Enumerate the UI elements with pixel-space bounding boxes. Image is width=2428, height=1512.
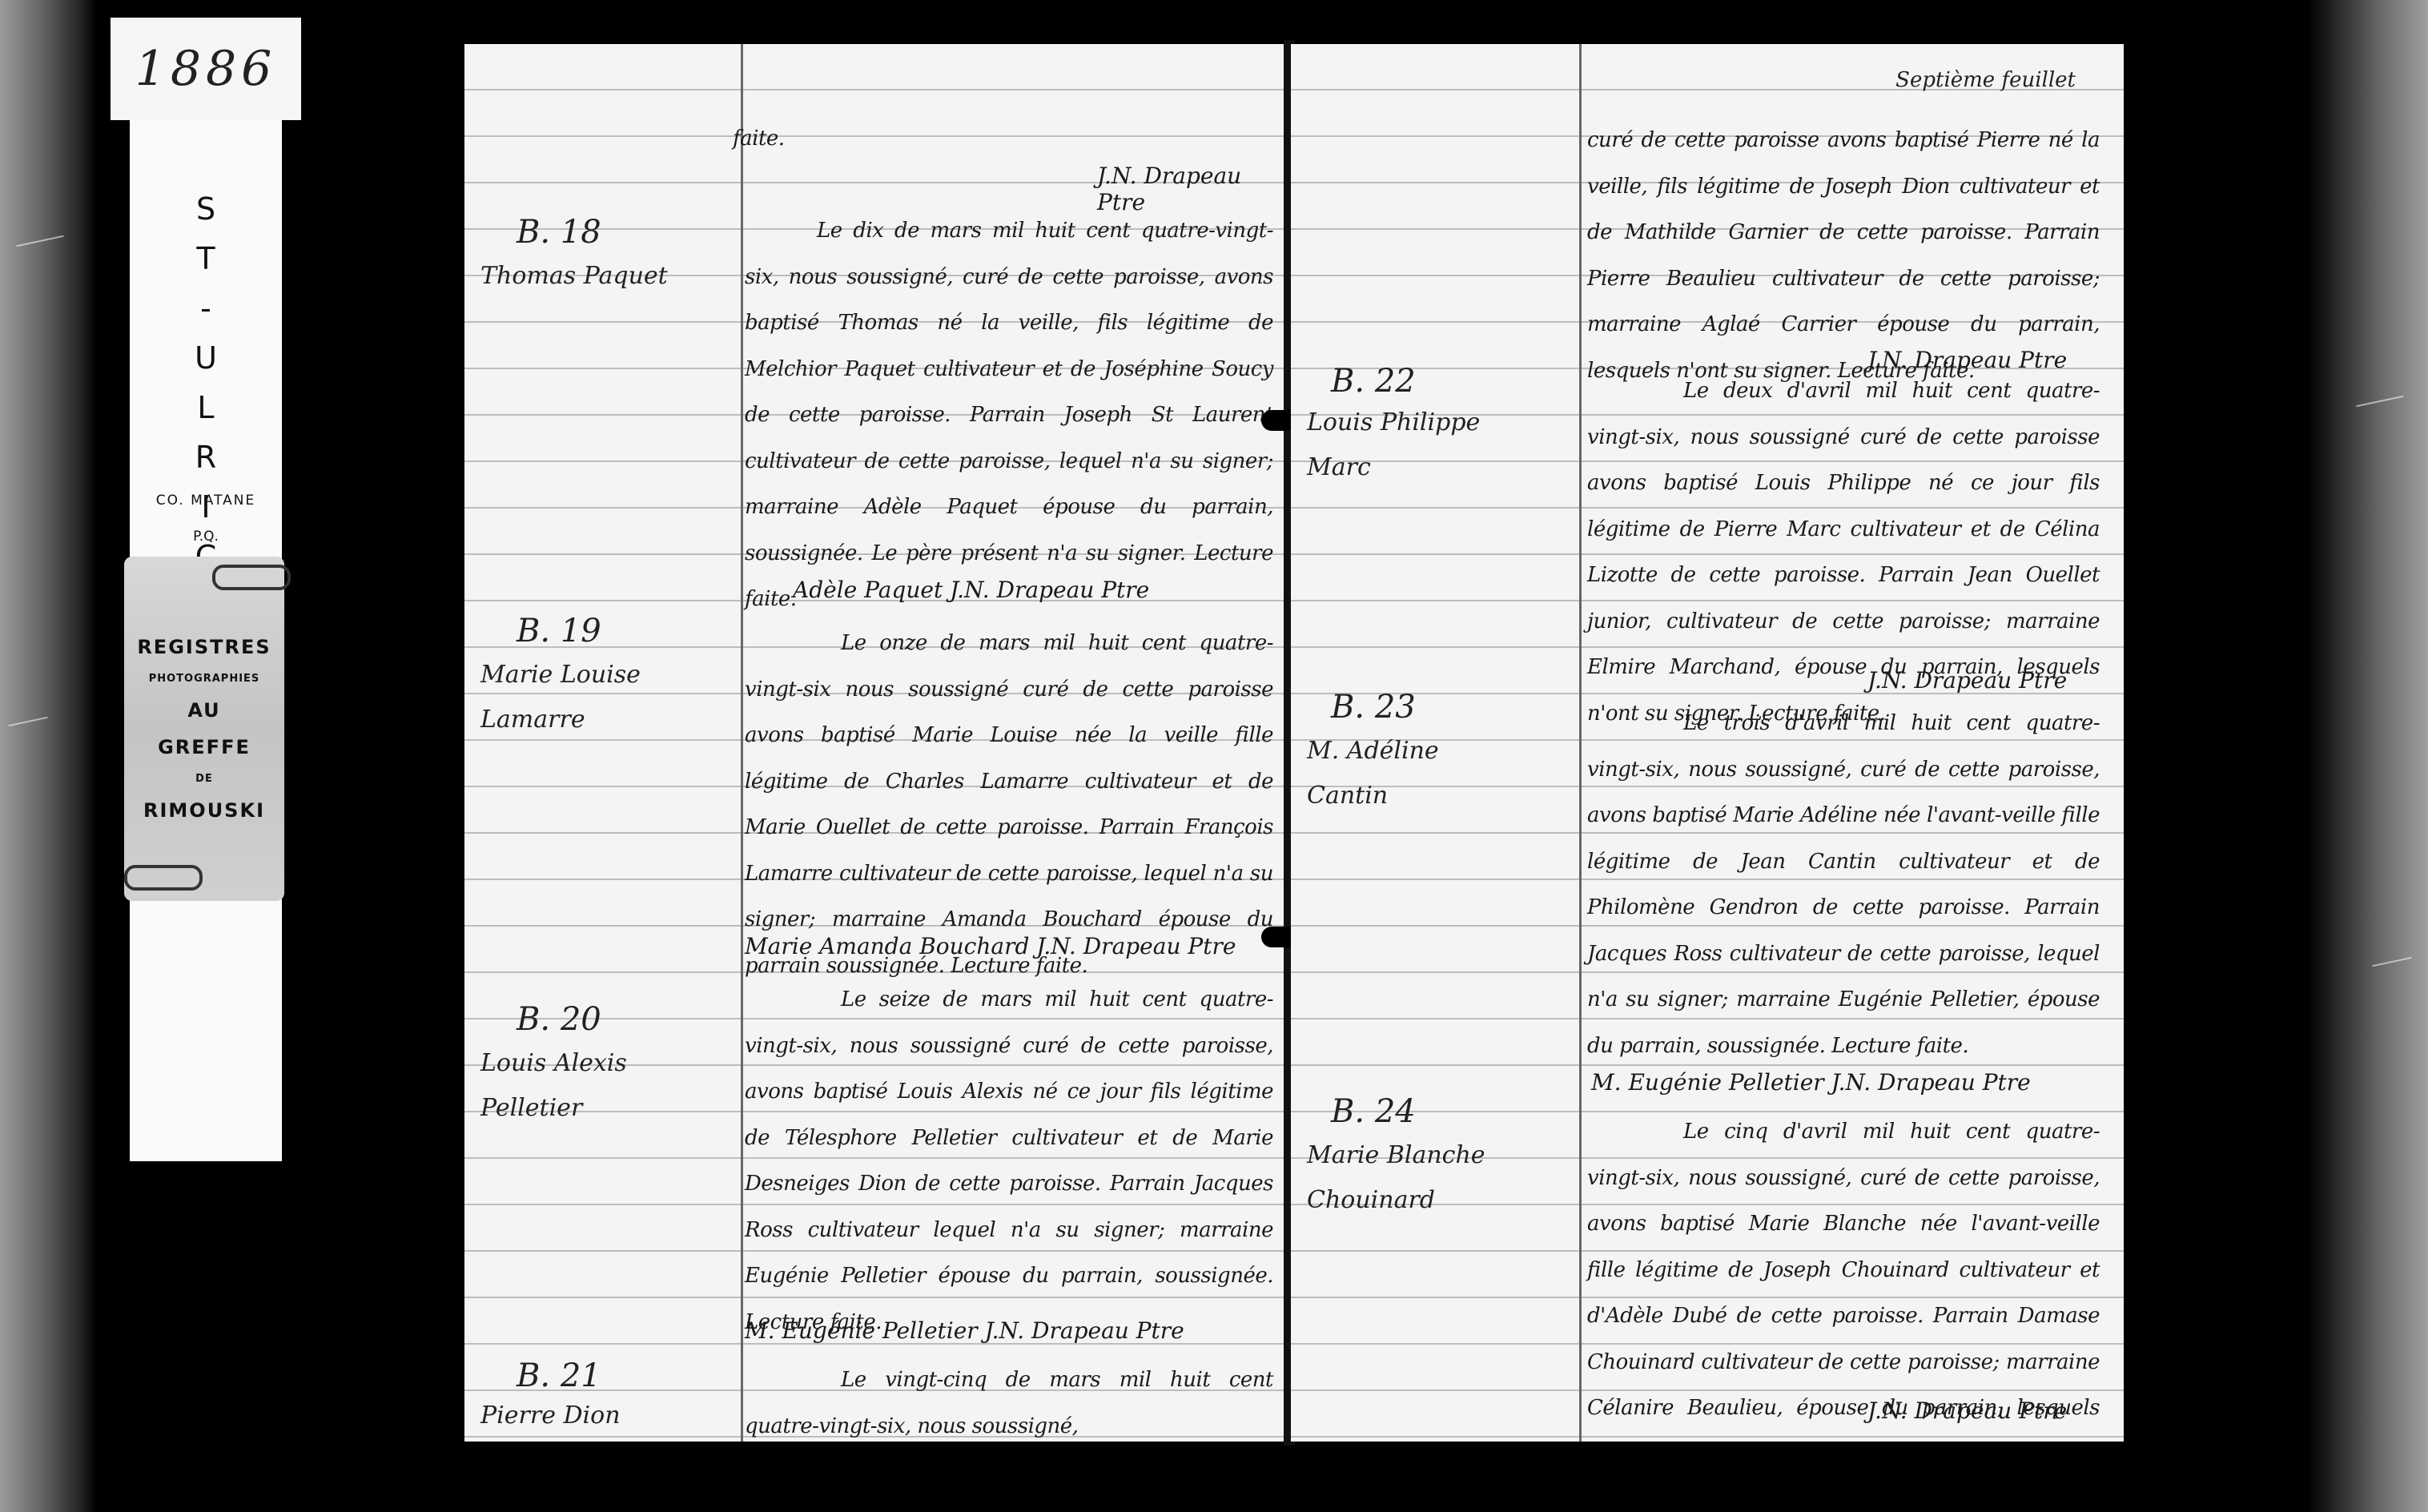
entry-id: B. 20	[517, 1001, 601, 1038]
entry-id: B. 24	[1331, 1093, 1416, 1130]
entry-name: Marie Louise Lamarre	[480, 653, 689, 742]
stamp-line: PHOTOGRAPHIES	[149, 673, 260, 685]
film-edge-right	[2308, 0, 2428, 1512]
parish-letter: S	[196, 184, 215, 234]
carryover-text: faite.	[733, 116, 785, 163]
register-page-left: faite. J.N. Drapeau Ptre B. 18 Thomas Pa…	[464, 44, 1285, 1442]
entry-text: Le trois d'avril mil huit cent quatre-vi…	[1587, 701, 2100, 1069]
stamp-line: REGISTRES	[137, 636, 271, 658]
entry-name: M. Adéline Cantin	[1307, 729, 1515, 818]
entry-id: B. 23	[1331, 689, 1416, 726]
entry-text: Le dix de mars mil huit cent quatre-ving…	[745, 208, 1273, 623]
signature: J.N. Drapeau Ptre	[1867, 667, 2067, 694]
entry-id: B. 21	[517, 1357, 601, 1394]
entry-id: B. 18	[517, 214, 601, 251]
label-province: P.Q.	[130, 529, 282, 545]
margin-line	[1579, 44, 1582, 1442]
archive-stamp: REGISTRES PHOTOGRAPHIES AU GREFFE DE RIM…	[124, 557, 284, 901]
parish-letter: L	[197, 383, 214, 432]
stamp-line: DE	[195, 773, 213, 785]
parish-letter: U	[195, 333, 217, 383]
label-parish-name: S T - U L R I C	[130, 184, 282, 581]
signature: Adèle Paquet J.N. Drapeau Ptre	[793, 577, 1149, 603]
entry-text: Le seize de mars mil huit cent quatre-vi…	[745, 977, 1273, 1345]
label-county: CO. MATANE	[130, 493, 282, 509]
entry-id: B. 22	[1331, 363, 1416, 400]
margin-line	[741, 44, 743, 1442]
signature: Marie Amanda Bouchard J.N. Drapeau Ptre	[745, 933, 1236, 959]
entry-text: Le vingt-cinq de mars mil huit cent quat…	[745, 1357, 1273, 1442]
signature: J.N. Drapeau Ptre	[1867, 1397, 2067, 1424]
entry-name: Pierre Dion	[480, 1393, 689, 1438]
paper-clip-icon	[212, 565, 291, 590]
entry-name: Thomas Paquet	[480, 254, 689, 299]
signature: M. Eugénie Pelletier J.N. Drapeau Ptre	[1591, 1069, 2031, 1096]
entry-id: B. 19	[517, 613, 601, 649]
register-page-right: Septième feuillet curé de cette paroisse…	[1291, 44, 2124, 1442]
parish-letter: T	[196, 234, 215, 283]
entry-name: Louis Alexis Pelletier	[480, 1041, 689, 1131]
stamp-line: AU	[187, 699, 220, 722]
parish-letter: R	[195, 432, 216, 482]
paper-clip-icon	[124, 865, 203, 891]
stamp-line: RIMOUSKI	[143, 799, 265, 822]
entry-name: Louis Philippe Marc	[1307, 400, 1515, 490]
film-edge-left	[0, 0, 96, 1512]
entry-text: Le cinq d'avril mil huit cent quatre-vin…	[1587, 1109, 2100, 1442]
parish-letter: -	[200, 283, 211, 333]
stamp-line: GREFFE	[158, 736, 251, 758]
entry-name: Marie Blanche Chouinard	[1307, 1133, 1515, 1223]
label-year: 1886	[111, 18, 301, 120]
folio-header: Septième feuillet	[1895, 68, 2076, 92]
signature: M. Eugénie Pelletier J.N. Drapeau Ptre	[745, 1317, 1184, 1344]
